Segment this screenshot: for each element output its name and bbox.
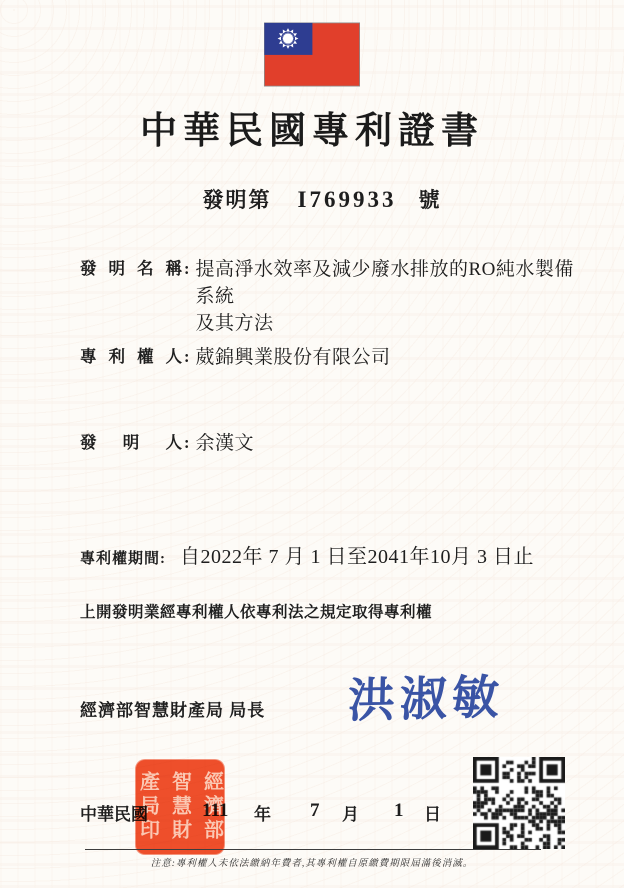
field-invention-name: 發明名稱 : 提高淨水效率及減少廢水排放的RO純水製備系統 及其方法 — [80, 256, 576, 337]
inventor-label: 發明人 — [80, 430, 182, 456]
date-day: 1 — [394, 800, 404, 822]
invention-name-line2: 及其方法 — [196, 313, 274, 334]
patentee-colon: : — [184, 344, 190, 370]
invention-name-line1: 提高淨水效率及減少廢水排放的RO純水製備系統 — [196, 259, 574, 307]
certificate-title: 中華民國專利證書 — [0, 100, 624, 154]
footer-divider — [85, 849, 541, 850]
invention-name-colon: : — [184, 256, 190, 282]
field-inventor: 發明人 : 余漢文 — [80, 430, 254, 457]
date-month: 7 — [310, 800, 320, 822]
seal-column-middle: 智慧財 — [166, 771, 195, 843]
qr-code — [473, 757, 565, 849]
date-year-unit: 年 — [254, 800, 271, 825]
roc-flag-icon — [264, 22, 360, 87]
patent-number-suffix: 號 — [418, 184, 441, 214]
legal-statement: 上開發明業經專利權人依專利法之規定取得專利權 — [80, 600, 432, 622]
patent-number-line: 發明第 I769933 號 — [10, 184, 624, 214]
patent-term-value: 自2022年 7 月 1 日至2041年10月 3 日止 — [180, 540, 534, 569]
inventor-value: 余漢文 — [196, 430, 255, 457]
official-seal: 經濟部 智慧財 產局印 — [136, 760, 224, 854]
issuer-title: 經濟部智慧財產局 局長 — [80, 696, 265, 721]
seal-column-left: 產局印 — [134, 771, 163, 843]
patentee-label: 專利權人 — [80, 344, 182, 370]
date-month-unit: 月 — [342, 800, 359, 825]
seal-column-right: 經濟部 — [198, 771, 227, 843]
patent-certificate-page: 中華民國專利證書 發明第 I769933 號 發明名稱 : 提高淨水效率及減少廢… — [0, 0, 624, 888]
patent-number-prefix: 發明第 — [203, 184, 272, 214]
invention-name-label: 發明名稱 — [80, 256, 182, 282]
date-day-unit: 日 — [424, 800, 441, 825]
patent-term-label: 專利權期間: — [80, 547, 166, 568]
invention-name-value: 提高淨水效率及減少廢水排放的RO純水製備系統 及其方法 — [196, 256, 576, 337]
patentee-value: 葳錦興業股份有限公司 — [196, 344, 391, 371]
field-patentee: 專利權人 : 葳錦興業股份有限公司 — [80, 344, 391, 371]
director-general-signature: 洪淑敏 — [347, 660, 505, 731]
field-patent-term: 專利權期間: 自2022年 7 月 1 日至2041年10月 3 日止 — [80, 540, 534, 569]
patent-number-value: I769933 — [298, 187, 397, 213]
footer-note: 注意:專利權人未依法繳納年費者,其專利權自原繳費期限屆滿後消滅。 — [0, 855, 624, 869]
inventor-colon: : — [184, 430, 190, 456]
